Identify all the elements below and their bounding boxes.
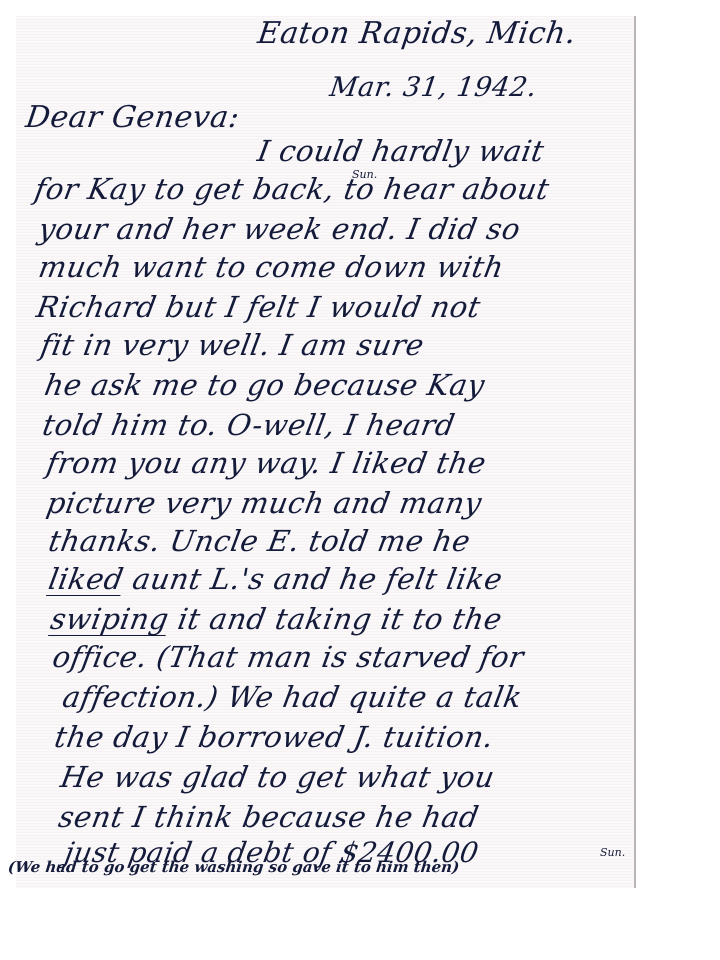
letter-line: office. (That man is starved for (50, 640, 527, 674)
letter-line: Richard but I felt I would not (34, 290, 483, 324)
letter-line: fit in very well. I am sure (38, 328, 427, 362)
letter-line: affection.) We had quite a talk (60, 680, 525, 714)
letter-line: your and her week end. I did so (36, 212, 523, 246)
letter-line: for Kay to get back, to hear about (32, 172, 552, 206)
letter-line: the day I borrowed J. tuition. (52, 720, 497, 754)
letter-line: swiping it and taking it to the (48, 602, 505, 636)
letter-line: he ask me to go because Kay (42, 368, 488, 402)
underlined-word: liked (46, 562, 126, 596)
letter-line: He was glad to get what you (58, 760, 497, 794)
letter-line: thanks. Uncle E. told me he (46, 524, 473, 558)
underlined-word: swiping (48, 602, 172, 636)
letter-place: Eaton Rapids, Mich. (256, 16, 579, 51)
letter-line: liked aunt L.'s and he felt like (46, 562, 505, 596)
letter-date: Mar. 31, 1942. (328, 72, 539, 103)
letter-line: much want to come down with (36, 250, 507, 284)
letter-line: from you any way. I liked the (44, 446, 489, 480)
letter-salutation: Dear Geneva: (24, 100, 242, 135)
insertion-margin-end: Sun. (600, 846, 625, 859)
insertion-above-back: Sun. (352, 168, 377, 181)
letter-footnote: (We had to go get the washing so gave it… (7, 858, 460, 876)
letter-line: told him to. O-well, I heard (40, 408, 458, 442)
letter-line: sent I think because he had (56, 800, 482, 834)
letter-line: picture very much and many (44, 486, 485, 520)
letter-line: I could hardly wait (255, 134, 547, 168)
